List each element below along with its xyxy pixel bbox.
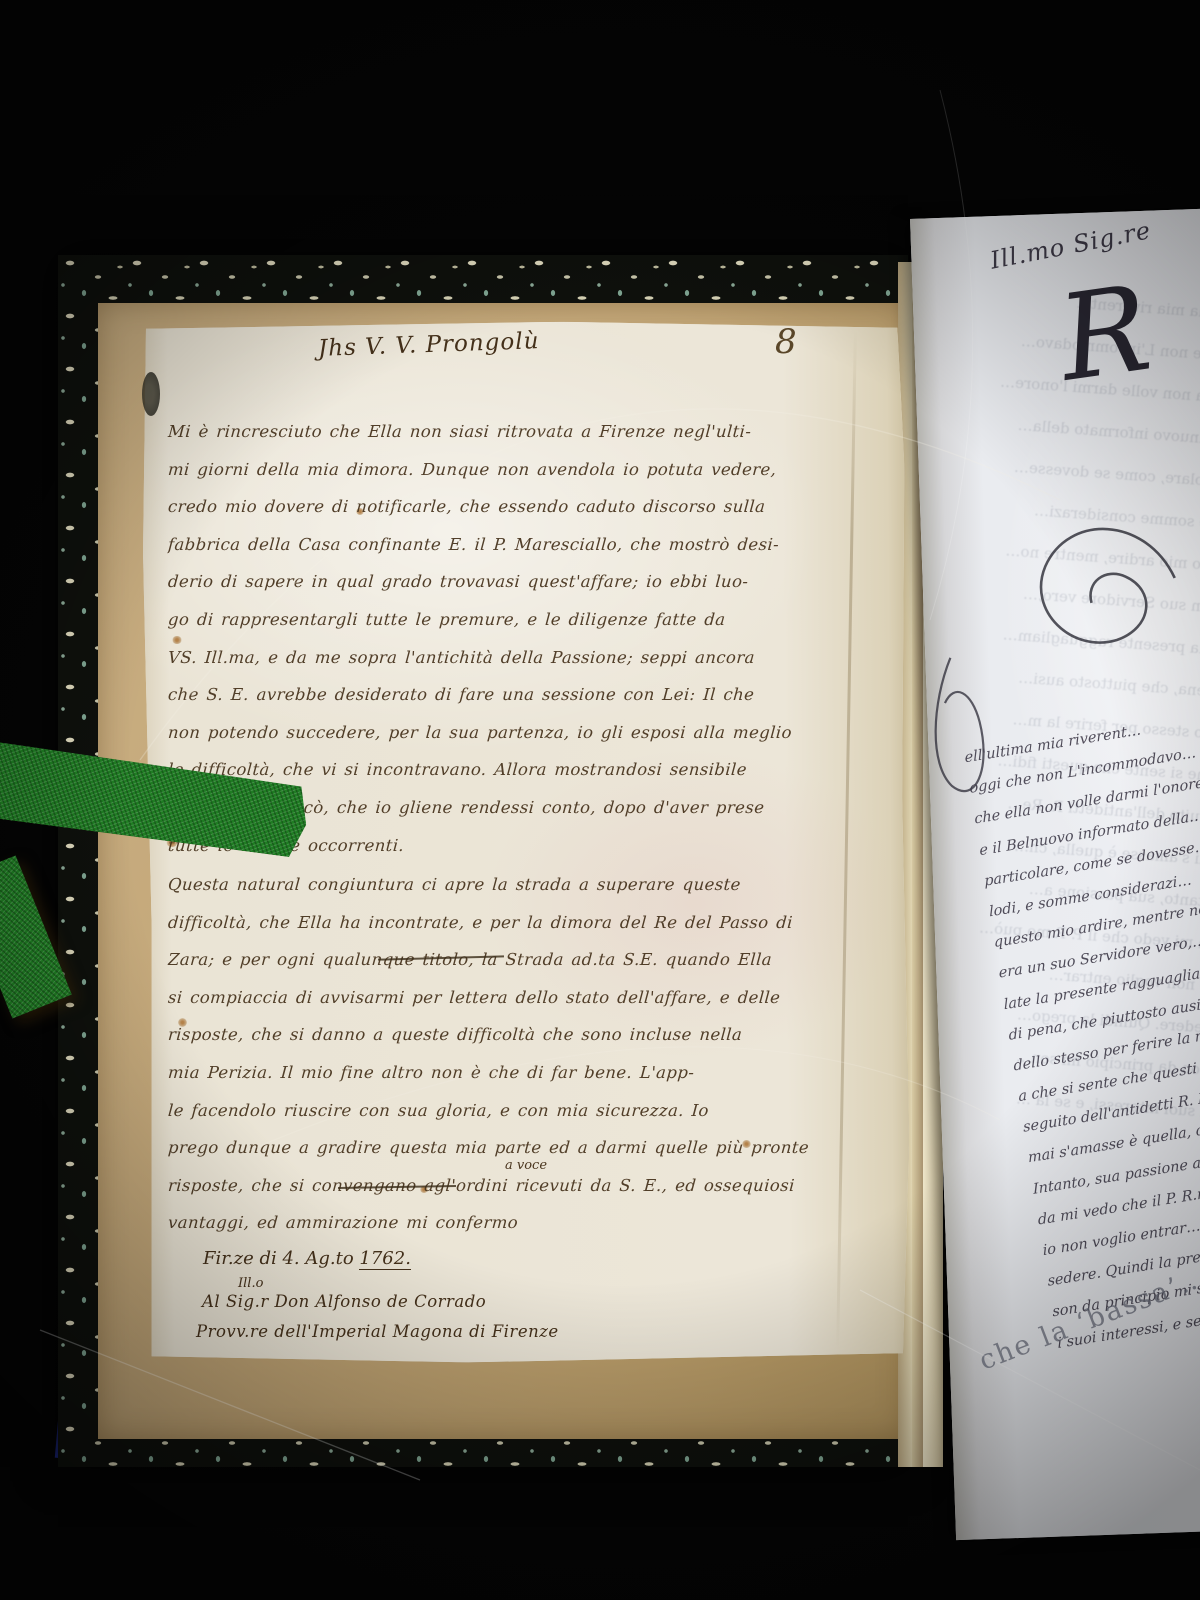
manuscript-line: Questa natural congiuntura ci apre la st…	[167, 866, 896, 904]
dateline-place-day: Fir.ze di 4. Ag.to	[203, 1248, 359, 1269]
manuscript-line: difficoltà, che Ella ha incontrate, e pe…	[167, 904, 896, 942]
manuscript-line: mi giorni della mia dimora. Dunque non a…	[167, 451, 896, 489]
manuscript-line: fabbrica della Casa confinante E. il P. …	[167, 526, 896, 564]
manuscript-line: derio di sapere in qual grado trovavasi …	[167, 563, 896, 601]
manuscript-line: Mi è rincresciuto che Ella non siasi rit…	[167, 413, 896, 451]
manuscript-line: risposte, che si danno a queste difficol…	[167, 1016, 896, 1054]
dateline: Fir.ze di 4. Ag.to 1762.	[203, 1248, 411, 1269]
blind-stamp	[142, 372, 160, 416]
manuscript-line: non potendo succedere, per la sua parten…	[167, 714, 896, 752]
paragraph-2: Questa natural congiuntura ci apre la st…	[168, 866, 894, 1242]
manuscript-line: credo mio dovere di notificarle, che ess…	[167, 488, 896, 526]
manuscript-line: go di rappresentargli tutte le premure, …	[167, 601, 896, 639]
manuscript-line: si compiaccia di avvisarmi per lettera d…	[167, 979, 896, 1017]
manuscript-line: VS. Ill.ma, e da me sopra l'antichità de…	[167, 639, 896, 677]
right-page: ell'ultima mia riverent…oggi che non L'i…	[910, 208, 1200, 1540]
address-recipient: Al Sig.r Don Alfonso de Corrado	[202, 1292, 486, 1311]
interlinear-insertion: a voce	[505, 1158, 547, 1173]
manuscript-line: vantaggi, ed ammirazione mi confermo	[167, 1204, 896, 1242]
manuscript-line: le facendolo riuscire con sua gloria, e …	[167, 1092, 896, 1130]
folio-number: 8	[775, 322, 797, 362]
manuscript-line: che S. E. avrebbe desiderato di fare una…	[167, 676, 896, 714]
address-title: Provv.re dell'Imperial Magona di Firenze	[196, 1322, 559, 1341]
manuscript-photo: ell'ultima mia riverent…oggi che non L'i…	[0, 0, 1200, 1600]
manuscript-line: Zara; e per ogni qualunque titolo, la St…	[167, 941, 896, 979]
dateline-year: 1762.	[359, 1248, 411, 1270]
manuscript-line: mia Perizia. Il mio fine altro non è che…	[167, 1054, 896, 1092]
address-honorific: Ill.o	[238, 1276, 263, 1291]
